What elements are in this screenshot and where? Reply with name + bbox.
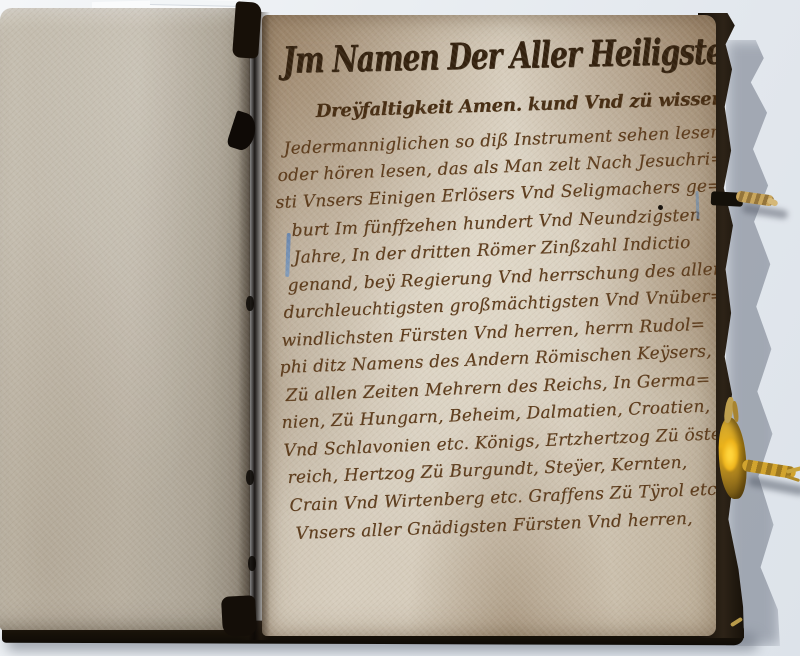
binding-cord-tail-fray [786, 475, 800, 482]
spine-stitch [246, 470, 254, 485]
ink-blot [658, 205, 663, 210]
book-spine-gutter [238, 12, 270, 640]
left-blank-page [0, 8, 250, 630]
spine-notch-bottom [221, 595, 257, 637]
manuscript-photo: Jm Namen Der Aller Heiligsten Dreÿfaltig… [0, 0, 800, 656]
manuscript-subtitle: Dreÿfaltigkeit Amen. kund Vnd zü wissen … [315, 87, 716, 122]
spine-notch-top [232, 1, 262, 59]
spine-stitch [246, 296, 254, 311]
spine-stitch [248, 556, 256, 571]
blue-ink-mark [285, 233, 291, 277]
binding-cord-knot-highlight [722, 439, 738, 471]
manuscript-title: Jm Namen Der Aller Heiligsten [282, 29, 716, 82]
manuscript-line: Vnsers aller Gnädigsten Fürsten Vnd herr… [295, 509, 693, 544]
manuscript-page: Jm Namen Der Aller Heiligsten Dreÿfaltig… [262, 15, 716, 636]
